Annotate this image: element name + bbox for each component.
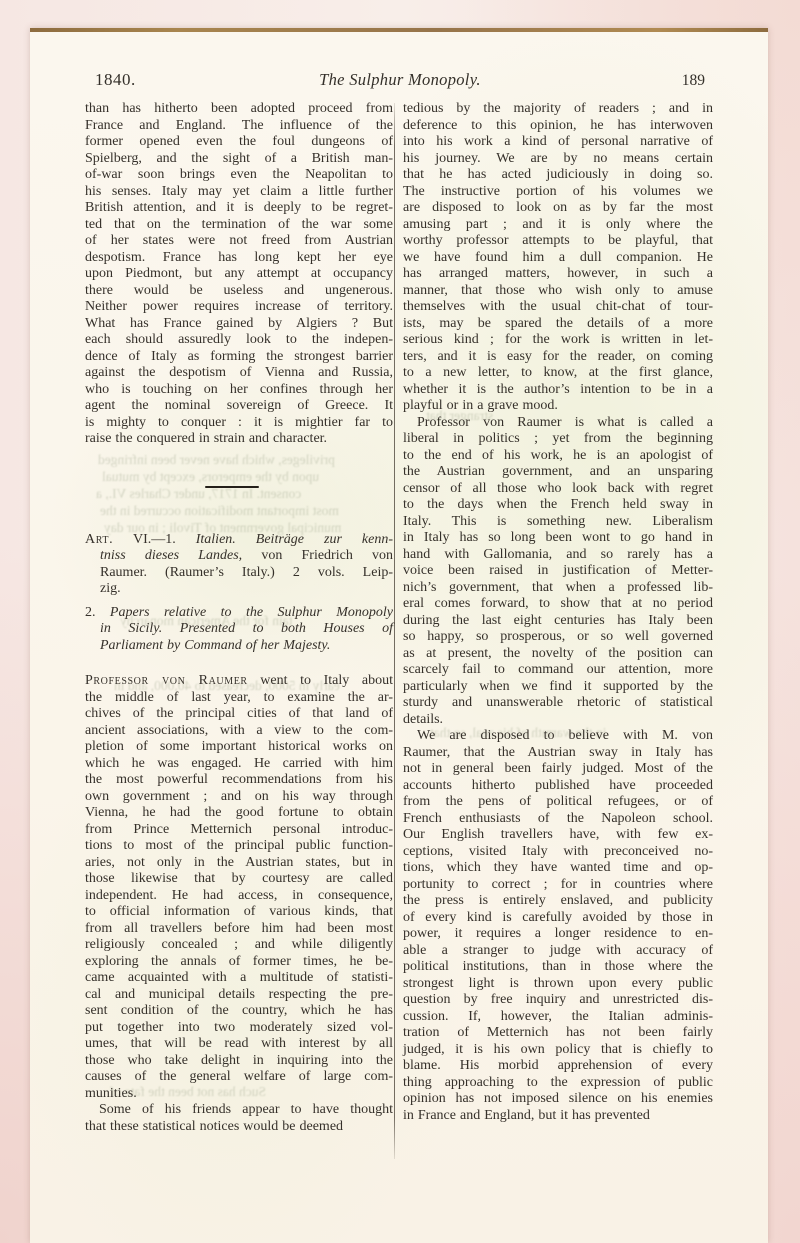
text-line: munities. [85,1086,393,1103]
text-line: raise the conquered in strain and charac… [85,431,393,448]
section-divider [205,486,259,488]
text-line: which he was engaged. He carried with hi… [85,756,393,773]
page-title: The Sulphur Monopoly. [245,70,555,90]
article-heading-item-2: 2. Papers relative to the Sulphur Monopo… [85,605,393,655]
text-line: nich’s government, that when a professed… [403,580,713,597]
text-line: political institutions, than in those wh… [403,959,713,976]
text-line: ceptions, visited Italy with preconceive… [403,844,713,861]
text-line: hand with Gallomania, and so rarely has … [403,547,713,564]
text-line: accounts hitherto published have proceed… [403,778,713,795]
text-line: Parliament by Command of her Majesty. [85,638,393,655]
text-line: Raumer, that the Austrian sway in Italy … [403,745,713,762]
text-line: scarcely fail to command our attention, … [403,662,713,679]
text-line: who is touching on her confines through … [85,382,393,399]
text-line: there would be useless and ungenerous. [85,283,393,300]
text-line: liberal in politics ; yet from the begin… [403,431,713,448]
text-line: as at present, the novelty of the positi… [403,646,713,663]
text-line: judged, it is his own policy that is chi… [403,1042,713,1059]
text-line: ted that on the termination of the war s… [85,217,393,234]
paragraph: We are disposed to believe with M. vonRa… [403,728,713,1124]
text-line: that he has acted judiciously in doing s… [403,167,713,184]
text-line: agent the nominal sovereign of Greece. I… [85,398,393,415]
text-line: to the end of his work, he is an apologi… [403,448,713,465]
text-line: in Sicily. Presented to both Houses of [85,621,393,638]
text-line: those likewise that by courtesy are call… [85,871,393,888]
text-line: to a new letter, to know, at the first g… [403,365,713,382]
text-line: power, it requires a longer residence to… [403,926,713,943]
text-line: particularly when we find it supported b… [403,679,713,696]
text-line: we have found him a dull companion. He [403,250,713,267]
scanned-page: privileges, which have never been infrin… [30,28,768,1243]
text-line: question by free inquiry and unrestricte… [403,992,713,1009]
text-line: the Austrian government, and an unsparin… [403,464,713,481]
text-line: umes, that will be read with interest by… [85,1036,393,1053]
text-line: tions, which they have wanted time and o… [403,860,713,877]
text-line: from the pens of political refugees, or … [403,794,713,811]
text-line: in France and England, but it has preven… [403,1108,713,1125]
text-line: amusing part ; and it is only where the [403,217,713,234]
text-line: despotism. France has long kept her eye [85,250,393,267]
text-line: former opened even the foul dungeons of [85,134,393,151]
text-line: is mighty to conquer : it is mightier fa… [85,415,393,432]
text-line: from Prince Metternich personal introduc… [85,822,393,839]
text-line: of every kind is carefully avoided by th… [403,910,713,927]
header-year: 1840. [85,70,245,90]
text-line: came acquainted with a multitude of stat… [85,970,393,987]
text-line: causes of the general welfare of large c… [85,1069,393,1086]
text-line: ters, and it is easy for the reader, on … [403,349,713,366]
text-line: than has hitherto been adopted proceed f… [85,101,393,118]
text-line: tration of Metternich has not been fairl… [403,1025,713,1042]
text-line: cussion. If, however, the Italian admini… [403,1009,713,1026]
paragraph-continuation: tedious by the majority of readers ; and… [403,101,713,415]
text-line: sent condition of the country, which he … [85,1003,393,1020]
text-line: The instructive portion of his volumes w… [403,184,713,201]
text-line: dence of Italy as forming the strongest … [85,349,393,366]
text-line: the press is entirely enslaved, and publ… [403,893,713,910]
text-line: eral comes forward, to show that at no p… [403,596,713,613]
text-line: portunity to correct ; for in countries … [403,877,713,894]
text-line: upon Piedmont, but any attempt at occupa… [85,266,393,283]
text-line: themselves with the usual chit-chat of t… [403,299,713,316]
text-line: put together into two moderately sized v… [85,1020,393,1037]
article-opening-paragraph: Professor von Raumer went to Italy about… [85,673,393,1102]
text-line: worthy professor attempts to be playful,… [403,233,713,250]
text-line: tions to most of the principal public fu… [85,838,393,855]
text-line: British attention, and it is deeply to b… [85,200,393,217]
text-line: France and England. The influence of the [85,118,393,135]
text-line: We are disposed to believe with M. von [403,728,713,745]
text-line: ists, may be spared the details of a mor… [403,316,713,333]
text-line: playful or in a grave mood. [403,398,713,415]
text-line: those who take delight in inquiring into… [85,1053,393,1070]
text-line: in Italy has so long been wont to go han… [403,530,713,547]
text-line: aries, not only in the Austrian states, … [85,855,393,872]
text-line: voice been raised in justification of Me… [403,563,713,580]
page-number: 189 [555,72,713,90]
text-line: so happy, so prosperous, or so well gove… [403,629,713,646]
text-line: from all travellers before him had been … [85,921,393,938]
text-line: manner, that those who wish only to amus… [403,283,713,300]
text-line: deference to this opinion, he has interw… [403,118,713,135]
text-line: Neither power requires increase of terri… [85,299,393,316]
text-line: ancient associations, with a view to the… [85,723,393,740]
text-line: the most powerful recommendations from h… [85,772,393,789]
text-line: of-war soon brings even the Neapolitan t… [85,167,393,184]
text-line: into his work a kind of personal narrati… [403,134,713,151]
text-line: Some of his friends appear to have thoug… [85,1102,393,1119]
text-line: each should assuredly look to the indepe… [85,332,393,349]
text-line: not in general been fairly judged. Most … [403,761,713,778]
paragraph: Professor von Raumer is what is called a… [403,415,713,729]
text-line: exploring the annals of former times, he… [85,954,393,971]
text-line: details. [403,712,713,729]
text-line: Raumer. (Raumer’s Italy.) 2 vols. Leip- [85,565,393,582]
text-line: sturdy and unanswerable rhetoric of stat… [403,695,713,712]
text-line: French enthusiasts of the Napoleon schoo… [403,811,713,828]
text-line: during the last eight centuries has Ital… [403,613,713,630]
left-column: than has hitherto been adopted proceed f… [85,101,393,1135]
text-line: cal and municipal details respecting the… [85,987,393,1004]
text-line: chives of the principal cities of that l… [85,706,393,723]
right-column: tedious by the majority of readers ; and… [403,101,713,1135]
text-line: Italy. This is something new. Liberalism [403,514,713,531]
text-line: are disposed to look on as by far the mo… [403,200,713,217]
text-line: independent. He had access, in consequen… [85,888,393,905]
text-line: pletion of some important historical wor… [85,739,393,756]
text-line: of her states were not freed from Austri… [85,233,393,250]
text-line: to the days when the French held sway in [403,497,713,514]
text-line: Spielberg, and the sight of a British ma… [85,151,393,168]
text-line: Vienna, he had the good fortune to obtai… [85,805,393,822]
article-heading-item-1: Art. VI.—1. Italien. Beiträge zur kenn-t… [85,532,393,598]
text-line: censor of all those who look back with r… [403,481,713,498]
text-columns: than has hitherto been adopted proceed f… [85,101,713,1135]
running-header: 1840. The Sulphur Monopoly. 189 [85,70,713,90]
text-line: Professor von Raumer went to Italy about [85,673,393,690]
text-line: serious kind ; for the work is written i… [403,332,713,349]
text-line: has arranged matters, however, in such a [403,266,713,283]
text-line: religiously concealed ; and while dilige… [85,937,393,954]
text-line: against the despotism of Vienna and Russ… [85,365,393,382]
text-line: able a stranger to judge with accuracy o… [403,943,713,960]
section-divider-area [85,448,393,532]
text-line: opinion has not imposed silence on his e… [403,1091,713,1108]
text-line: Professor von Raumer is what is called a [403,415,713,432]
text-line: that these statistical notices would be … [85,1119,393,1136]
text-line: tedious by the majority of readers ; and… [403,101,713,118]
text-line: his journey. We are by no means certain [403,151,713,168]
text-line: thing approaching to the expression of p… [403,1075,713,1092]
text-line: What has France gained by Algiers ? But [85,316,393,333]
text-line: strongest light is thrown upon every pub… [403,976,713,993]
text-line: the middle of last year, to examine the … [85,690,393,707]
text-line: whether it is the author’s intention to … [403,382,713,399]
text-line: to official information of various kinds… [85,904,393,921]
text-line: own government ; and on his way through [85,789,393,806]
closing-paragraph-fragment: Some of his friends appear to have thoug… [85,1102,393,1135]
text-line: blame. His morbid apprehension of every [403,1058,713,1075]
text-line: 2. Papers relative to the Sulphur Monopo… [85,605,393,622]
text-line: Our English travellers have, with few ex… [403,827,713,844]
text-line: his senses. Italy may yet claim a little… [85,184,393,201]
paragraph-continuation: than has hitherto been adopted proceed f… [85,101,393,448]
text-line: Art. VI.—1. Italien. Beiträge zur kenn- [85,532,393,549]
text-line: zig. [85,581,393,598]
text-line: tniss dieses Landes, von Friedrich von [85,548,393,565]
